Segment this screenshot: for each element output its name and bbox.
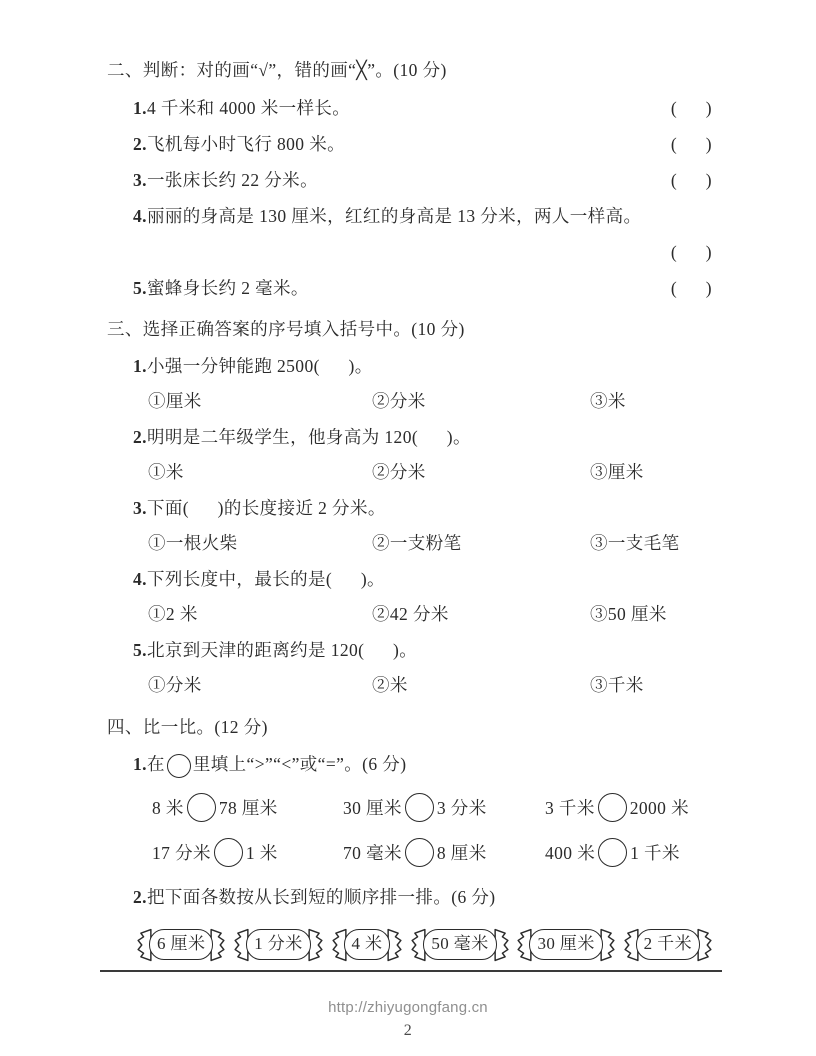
blank-circle — [167, 754, 191, 778]
candy-label: 2 千米 — [636, 929, 700, 960]
item-number: 1. — [133, 356, 147, 376]
judge-item-text: 2.飞机每小时飞行 800 米。 — [133, 133, 345, 156]
compare-left: 17 分米 — [152, 838, 211, 868]
page-number: 2 — [0, 1022, 816, 1040]
judge-item-text: 4.丽丽的身高是 130 厘米，红红的身高是 13 分米，两人一样高。 — [133, 205, 641, 228]
judge-item-4-brackets-row: ( ) — [133, 241, 712, 264]
instruction-text: 把下面各数按从长到短的顺序排一排。(6 分) — [147, 887, 496, 907]
choice-question-3: 3.下面( )的长度接近 2 分米。 — [133, 495, 712, 521]
compare-left: 8 米 — [152, 793, 184, 823]
compare-row-2: 17 分米1 米 70 毫米8 厘米 400 米1 千米 — [152, 838, 712, 868]
item-number: 3. — [133, 498, 147, 518]
compare-right: 3 分米 — [437, 793, 487, 823]
answer-brackets: ( ) — [671, 97, 712, 120]
choice-options-5: ①分米 ②米 ③千米 — [148, 672, 712, 698]
compare-cell: 8 米78 厘米 — [152, 793, 343, 823]
option-label: ①分米 — [148, 672, 372, 698]
candy: 2 千米 — [624, 925, 712, 965]
instruction-text: 在 — [147, 754, 165, 774]
compare-row-1: 8 米78 厘米 30 厘米3 分米 3 千米2000 米 — [152, 793, 712, 823]
answer-circle — [405, 838, 434, 867]
item-number: 2. — [133, 887, 147, 907]
choice-options-2: ①米 ②分米 ③厘米 — [148, 459, 712, 485]
answer-brackets: ( ) — [671, 133, 712, 156]
compare-right: 78 厘米 — [219, 793, 278, 823]
option-label: ②分米 — [372, 388, 590, 414]
sort-instruction: 2.把下面各数按从长到短的顺序排一排。(6 分) — [133, 884, 712, 910]
worksheet-page: 二、判断：对的画“√”，错的画“╳”。(10 分) 1.4 千米和 4000 米… — [0, 0, 816, 1056]
footer-url: http://zhiyugongfang.cn — [0, 999, 816, 1016]
option-label: ③50 厘米 — [590, 601, 712, 627]
answer-circle — [214, 838, 243, 867]
option-label: ②分米 — [372, 459, 590, 485]
option-label: ①厘米 — [148, 388, 372, 414]
compare-cell: 3 千米2000 米 — [545, 793, 712, 823]
answer-circle — [598, 793, 627, 822]
section-choice: 三、选择正确答案的序号填入括号中。(10 分) 1.小强一分钟能跑 2500( … — [107, 315, 712, 698]
answer-brackets: ( ) — [671, 277, 712, 300]
option-label: ①2 米 — [148, 601, 372, 627]
answer-brackets: ( ) — [671, 169, 712, 192]
item-text: 蜜蜂身长约 2 毫米。 — [147, 278, 309, 298]
compare-left: 30 厘米 — [343, 793, 402, 823]
candy: 6 厘米 — [137, 925, 225, 965]
choice-question-2: 2.明明是二年级学生，他身高为 120( )。 — [133, 424, 712, 450]
choice-options-1: ①厘米 ②分米 ③米 — [148, 388, 712, 414]
answer-circle — [405, 793, 434, 822]
question-text: 北京到天津的距离约是 120( )。 — [147, 640, 417, 660]
section-judgement-title: 二、判断：对的画“√”，错的画“╳”。(10 分) — [107, 56, 712, 84]
candy-label: 30 厘米 — [529, 929, 602, 960]
choice-options-4: ①2 米 ②42 分米 ③50 厘米 — [148, 601, 712, 627]
compare-left: 400 米 — [545, 838, 595, 868]
section-compare-title: 四、比一比。(12 分) — [107, 713, 712, 741]
question-text: 下列长度中，最长的是( )。 — [147, 569, 385, 589]
candy: 1 分米 — [234, 925, 322, 965]
item-number: 1. — [133, 754, 147, 774]
judge-item-text: 1.4 千米和 4000 米一样长。 — [133, 97, 350, 120]
choice-options-3: ①一根火柴 ②一支粉笔 ③一支毛笔 — [148, 530, 712, 556]
item-text: 4 千米和 4000 米一样长。 — [147, 98, 350, 118]
judge-item-2: 2.飞机每小时飞行 800 米。 ( ) — [133, 133, 712, 156]
section-choice-title: 三、选择正确答案的序号填入括号中。(10 分) — [107, 315, 712, 343]
judge-item-text: 3.一张床长约 22 分米。 — [133, 169, 318, 192]
item-text: 飞机每小时飞行 800 米。 — [147, 134, 345, 154]
choice-question-1: 1.小强一分钟能跑 2500( )。 — [133, 353, 712, 379]
candy-label: 4 米 — [344, 929, 391, 960]
option-label: ③米 — [590, 388, 712, 414]
candy-label: 1 分米 — [246, 929, 310, 960]
section-compare: 四、比一比。(12 分) 1.在里填上“>”“<”或“=”。(6 分) 8 米7… — [107, 713, 712, 965]
option-label: ①米 — [148, 459, 372, 485]
item-number: 4. — [133, 569, 147, 589]
item-number: 1. — [133, 98, 147, 118]
judge-item-5: 5.蜜蜂身长约 2 毫米。 ( ) — [133, 277, 712, 300]
judge-item-3: 3.一张床长约 22 分米。 ( ) — [133, 169, 712, 192]
instruction-text: 里填上“>”“<”或“=”。(6 分) — [193, 754, 407, 774]
compare-instruction: 1.在里填上“>”“<”或“=”。(6 分) — [133, 751, 712, 778]
option-label: ③千米 — [590, 672, 712, 698]
footer-divider — [100, 970, 722, 972]
candy-label: 50 毫米 — [423, 929, 496, 960]
question-text: 下面( )的长度接近 2 分米。 — [147, 498, 386, 518]
judge-item-4: 4.丽丽的身高是 130 厘米，红红的身高是 13 分米，两人一样高。 — [133, 205, 712, 228]
candy-label: 6 厘米 — [149, 929, 213, 960]
compare-right: 2000 米 — [630, 793, 689, 823]
judge-item-text: 5.蜜蜂身长约 2 毫米。 — [133, 277, 309, 300]
compare-left: 70 毫米 — [343, 838, 402, 868]
option-label: ③一支毛笔 — [590, 530, 712, 556]
option-label: ③厘米 — [590, 459, 712, 485]
answer-circle — [187, 793, 216, 822]
question-text: 明明是二年级学生，他身高为 120( )。 — [147, 427, 471, 447]
item-number: 5. — [133, 640, 147, 660]
answer-brackets: ( ) — [671, 241, 712, 264]
item-text: 一张床长约 22 分米。 — [147, 170, 318, 190]
option-label: ②米 — [372, 672, 590, 698]
compare-left: 3 千米 — [545, 793, 595, 823]
candy-row: 6 厘米 1 分米 4 米 50 毫米 — [137, 925, 712, 965]
option-label: ②一支粉笔 — [372, 530, 590, 556]
choice-question-4: 4.下列长度中，最长的是( )。 — [133, 566, 712, 592]
answer-circle — [598, 838, 627, 867]
compare-cell: 70 毫米8 厘米 — [343, 838, 545, 868]
compare-right: 8 厘米 — [437, 838, 487, 868]
item-number: 4. — [133, 206, 147, 226]
judge-item-1: 1.4 千米和 4000 米一样长。 ( ) — [133, 97, 712, 120]
compare-right: 1 米 — [246, 838, 278, 868]
candy: 30 厘米 — [517, 925, 614, 965]
compare-cell: 17 分米1 米 — [152, 838, 343, 868]
item-number: 5. — [133, 278, 147, 298]
item-number: 3. — [133, 170, 147, 190]
compare-cell: 30 厘米3 分米 — [343, 793, 545, 823]
item-text: 丽丽的身高是 130 厘米，红红的身高是 13 分米，两人一样高。 — [147, 206, 641, 226]
candy: 50 毫米 — [411, 925, 508, 965]
item-number: 2. — [133, 134, 147, 154]
candy: 4 米 — [332, 925, 403, 965]
section-judgement: 二、判断：对的画“√”，错的画“╳”。(10 分) 1.4 千米和 4000 米… — [107, 56, 712, 300]
question-text: 小强一分钟能跑 2500( )。 — [147, 356, 373, 376]
option-label: ①一根火柴 — [148, 530, 372, 556]
choice-question-5: 5.北京到天津的距离约是 120( )。 — [133, 637, 712, 663]
compare-cell: 400 米1 千米 — [545, 838, 712, 868]
compare-right: 1 千米 — [630, 838, 680, 868]
option-label: ②42 分米 — [372, 601, 590, 627]
item-number: 2. — [133, 427, 147, 447]
